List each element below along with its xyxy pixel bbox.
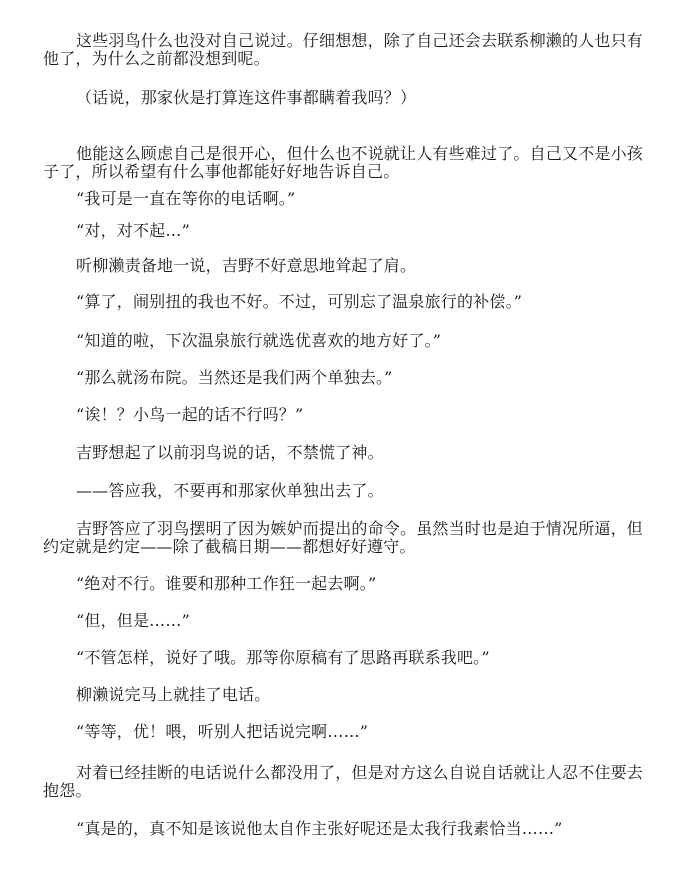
dialogue-line: “不管怎样，说好了哦。那等你原稿有了思路再联系我吧。” [43,649,643,667]
dialogue-line: “诶！？小鸟一起的话不行吗？” [43,406,643,424]
dialogue-line: “等等，优！喂，听别人把话说完啊……” [43,723,643,741]
dialogue-line: “知道的啦，下次温泉旅行就选优喜欢的地方好了。” [43,332,643,350]
dialogue-line: “我可是一直在等你的电话啊。” [43,190,643,208]
paragraph: ——答应我，不要再和那家伙单独出去了。 [43,482,643,500]
dialogue-line: “对，对不起…” [43,222,643,240]
dialogue-line: “算了，闹别扭的我也不好。不过，可别忘了温泉旅行的补偿。” [43,293,643,311]
dialogue-line: “绝对不行。谁要和那种工作狂一起去啊。” [43,575,643,593]
paragraph: 这些羽鸟什么也没对自己说过。仔细想想，除了自己还会去联系柳濑的人也只有他了，为什… [43,32,643,68]
dialogue-line: “那么就汤布院。当然还是我们两个单独去。” [43,369,643,387]
paragraph: 吉野想起了以前羽鸟说的话，不禁慌了神。 [43,444,643,462]
paragraph: 听柳濑责备地一说，吉野不好意思地耸起了肩。 [43,257,643,275]
paragraph: （话说，那家伙是打算连这件事都瞒着我吗？） [43,89,643,107]
paragraph: 吉野答应了羽鸟摆明了因为嫉妒而提出的命令。虽然当时也是迫于情况所逼，但约定就是约… [43,520,643,556]
dialogue-line: “真是的，真不知是该说他太自作主张好呢还是太我行我素恰当……” [43,820,643,838]
dialogue-line: “但，但是……” [43,612,643,630]
paragraph: 柳濑说完马上就挂了电话。 [43,686,643,704]
paragraph: 他能这么顾虑自己是很开心，但什么也不说就让人有些难过了。自己又不是小孩子了，所以… [43,145,643,181]
document-page: 这些羽鸟什么也没对自己说过。仔细想想，除了自己还会去联系柳濑的人也只有他了，为什… [0,0,680,880]
paragraph: 对着已经挂断的电话说什么都没用了，但是对方这么自说自话就让人忍不住要去抱怨。 [43,764,643,800]
